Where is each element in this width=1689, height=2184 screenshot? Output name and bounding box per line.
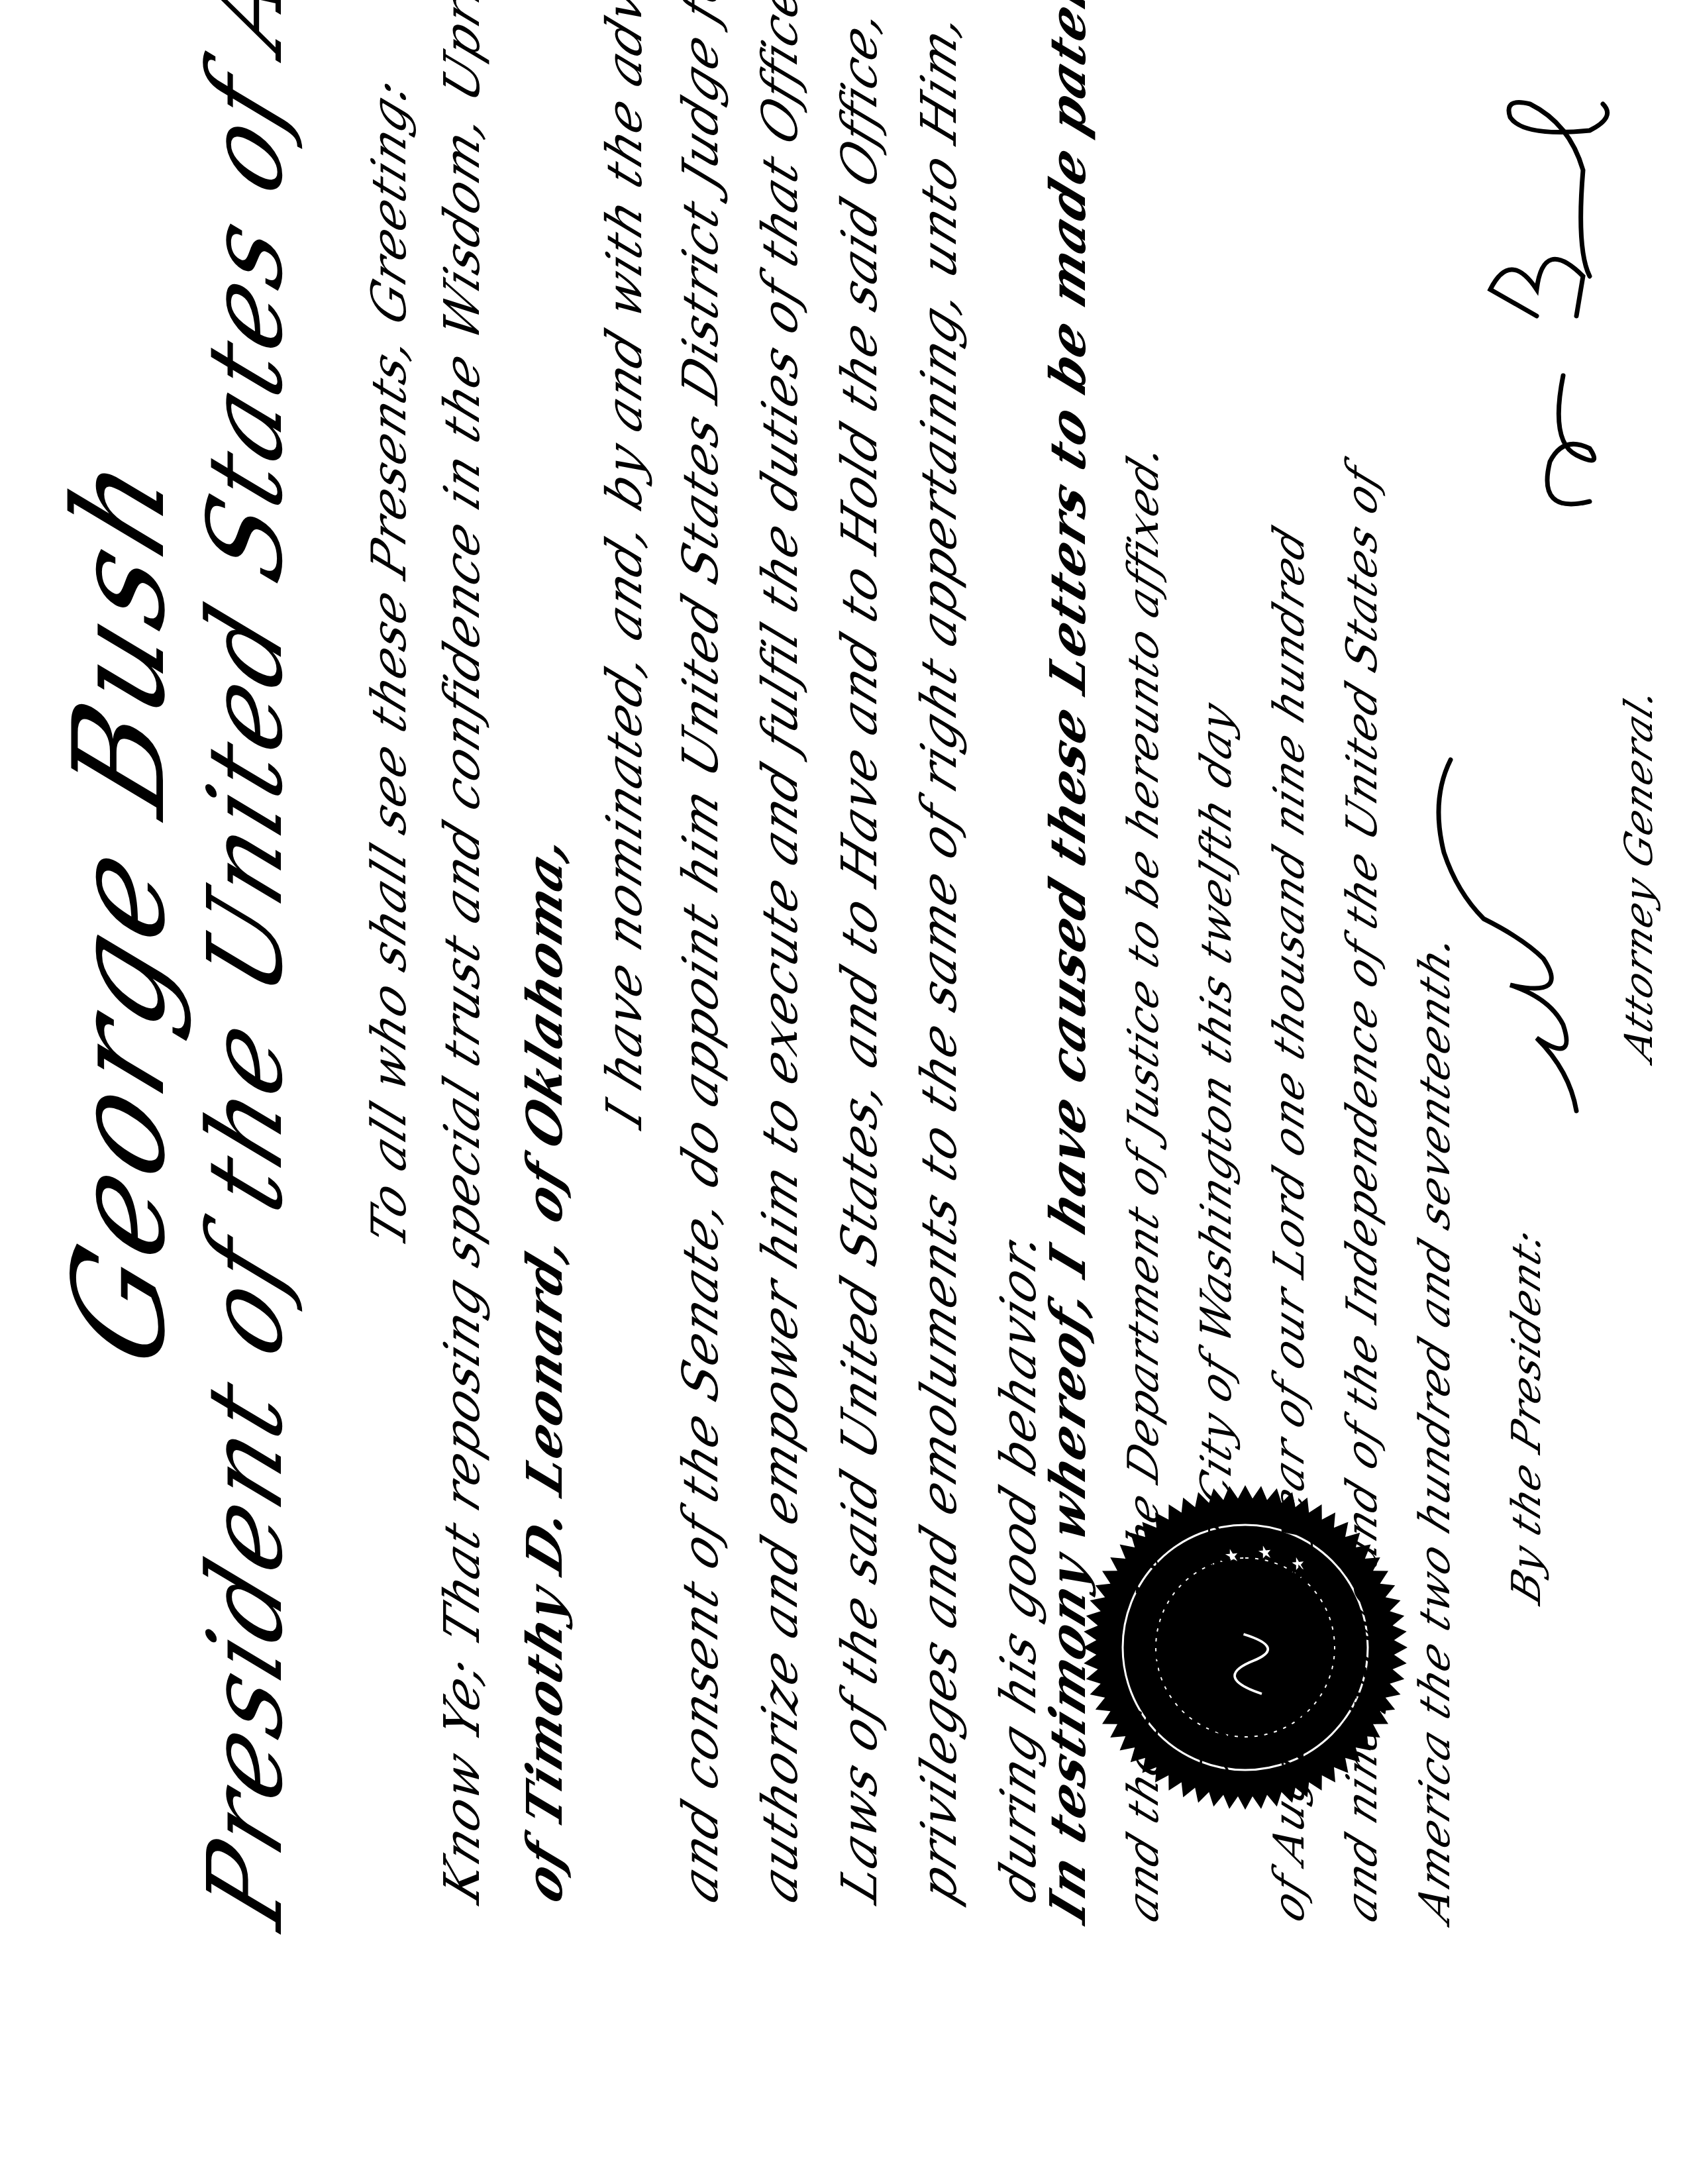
testimonium-line: In testimony whereof, I have caused thes… — [1040, 0, 1097, 1930]
body-line: privileges and emoluments to the same of… — [911, 132, 968, 1911]
body-line: Laws of the said United States, and to H… — [831, 132, 888, 1911]
attorney-general-signature — [1424, 713, 1610, 1124]
body-line: and consent of the Senate, do appoint hi… — [672, 132, 729, 1911]
body-line-appointee: of Timothy D. Leonard, of Oklahoma, — [517, 132, 574, 1911]
attestation-label: By the President: — [1504, 1221, 1550, 1610]
body-line: authorize and empower him to execute and… — [752, 132, 809, 1911]
president-title: President of the United States of Americ… — [185, 0, 305, 1944]
countersigner-title: Attorney General. — [1616, 679, 1661, 1067]
testimonium-line: Done at the City of Washington this twel… — [1192, 695, 1241, 1796]
body-line: during his good behavior. — [990, 132, 1047, 1911]
president-name: George Bush — [46, 429, 193, 1386]
commission-document: George Bush President of the United Stat… — [0, 0, 1689, 2184]
testimonium-line: of August in the year of our Lord one th… — [1265, 519, 1314, 1929]
salutation: To all who shall see these Presents, Gre… — [361, 69, 417, 1255]
testimonium-line: and the seal of the Department of Justic… — [1119, 435, 1168, 1929]
body-line: Know Ye; That reposing special trust and… — [434, 132, 491, 1911]
testimonium-line: and ninety-two and of the Independence o… — [1338, 458, 1387, 1929]
president-signature — [1457, 25, 1629, 528]
body-line: I have nominated, and, by and with the a… — [596, 0, 653, 1135]
